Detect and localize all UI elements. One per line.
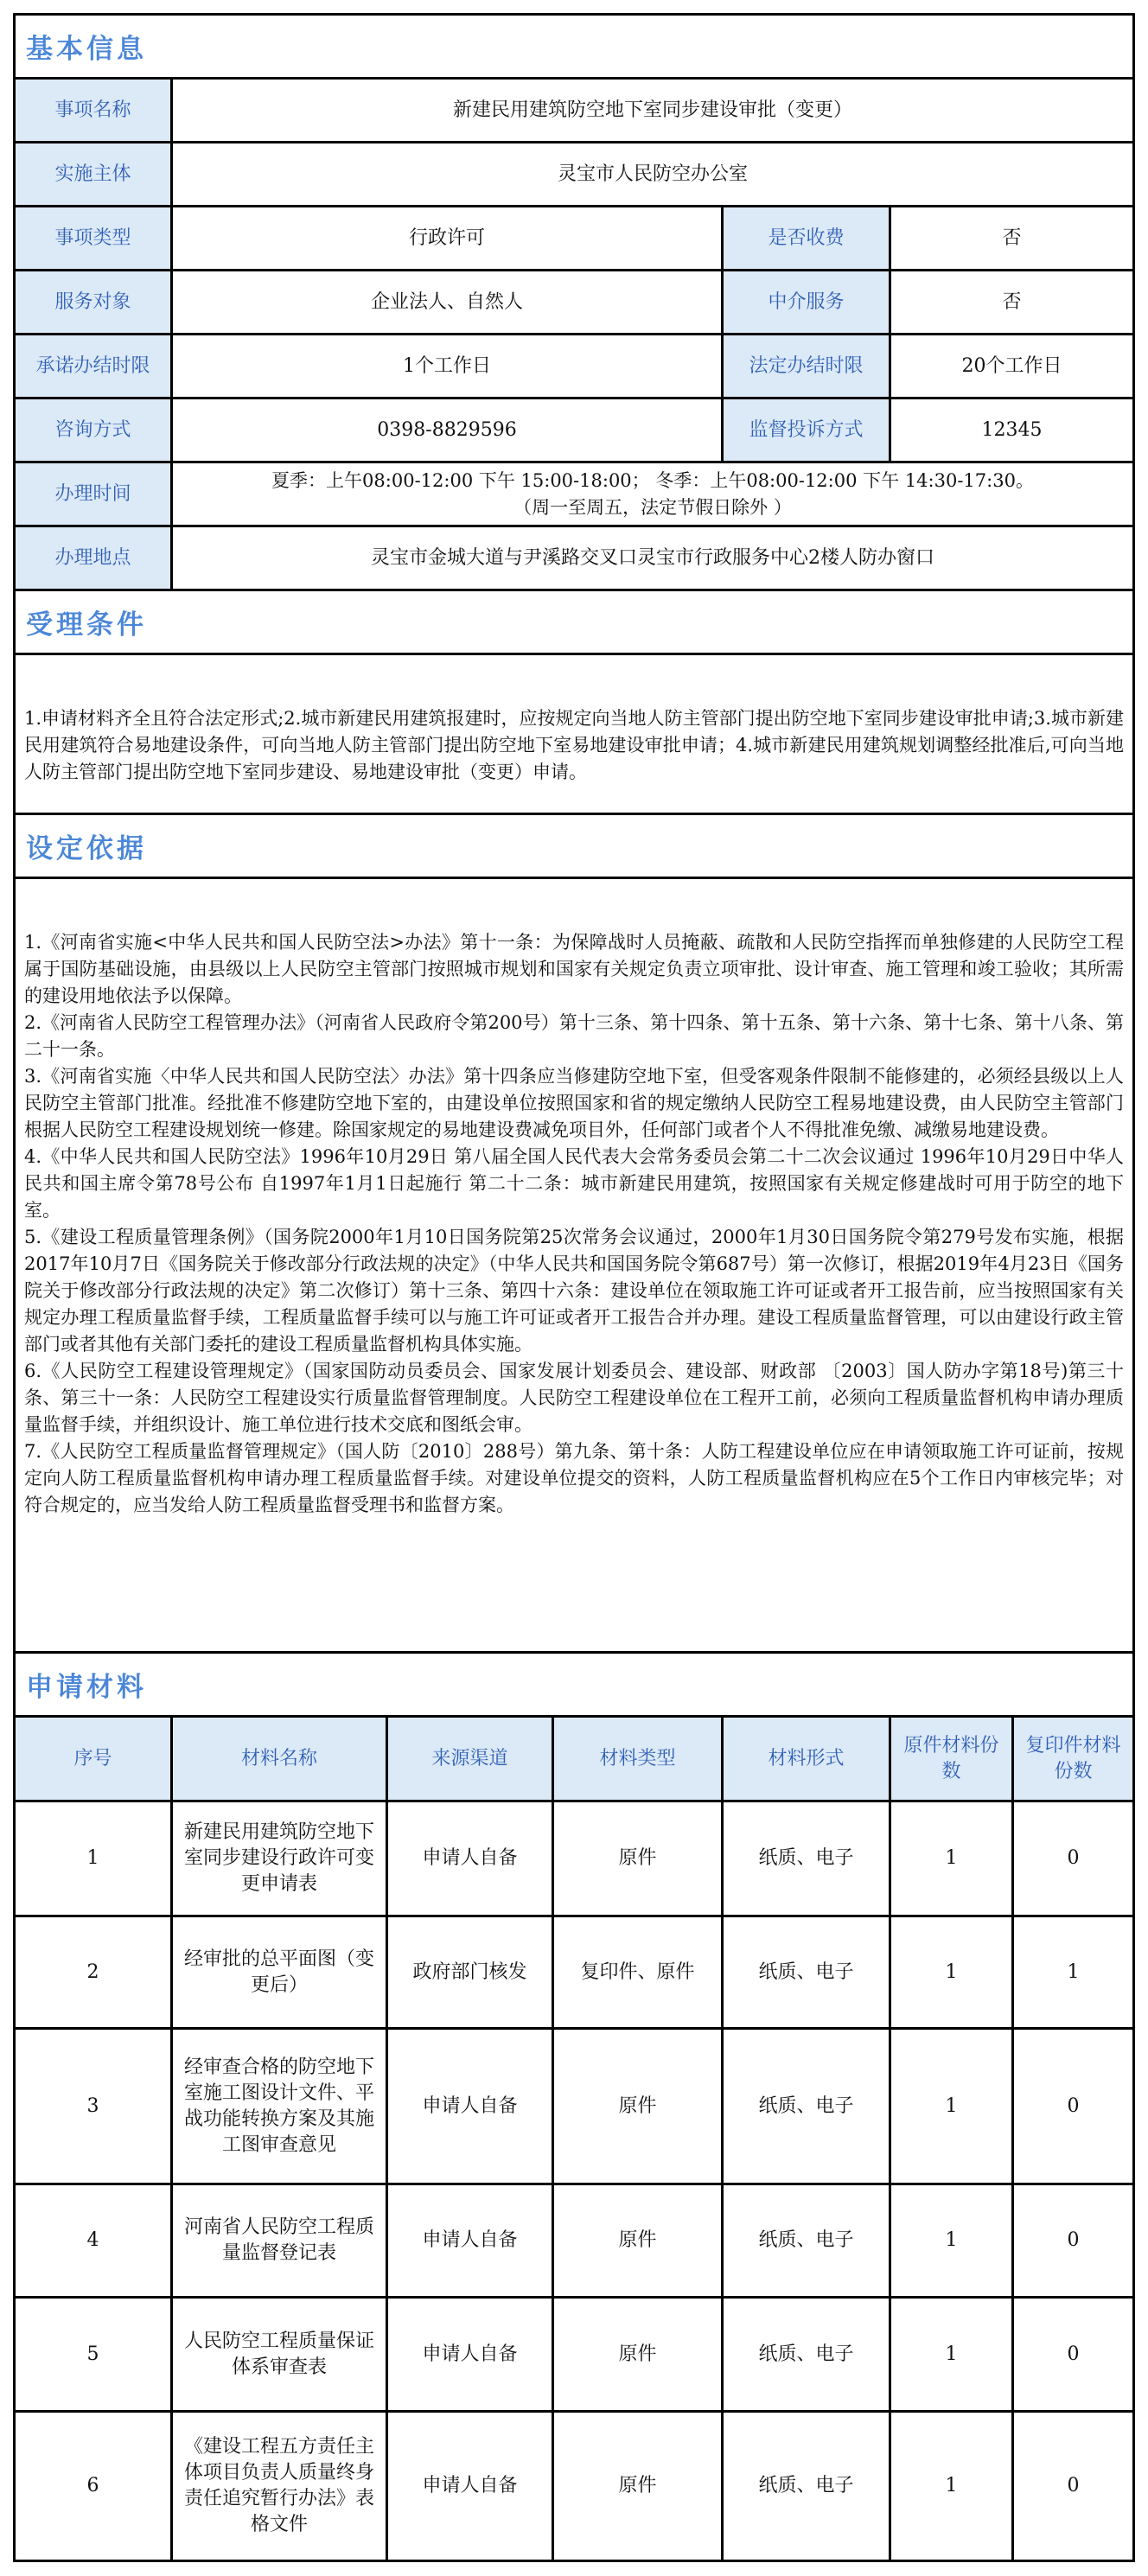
cell-original-count: 1 bbox=[891, 1917, 1014, 2027]
col-header-name: 材料名称 bbox=[173, 1718, 388, 1800]
label-consult: 咨询方式 bbox=[16, 399, 173, 461]
section-title: 基本信息 bbox=[26, 27, 147, 66]
cell-no: 1 bbox=[16, 1802, 173, 1915]
basis-list: 1.《河南省实施<中华人民共和国人民防空法>办法》第十一条：为保障战时人员掩蔽、… bbox=[16, 879, 1132, 1654]
value-complaint-phone: 12345 bbox=[891, 399, 1132, 461]
table-row: 5 人民防空工程质量保证体系审查表 申请人自备 原件 纸质、电子 1 0 bbox=[16, 2299, 1132, 2413]
col-header-form: 材料形式 bbox=[724, 1718, 891, 1800]
cell-source: 申请人自备 bbox=[388, 2299, 554, 2410]
cell-copy-count: 0 bbox=[1014, 2299, 1132, 2410]
col-header-source: 来源渠道 bbox=[388, 1718, 554, 1800]
row-location: 办理地点 灵宝市金城大道与尹溪路交叉口灵宝市行政服务中心2楼人防办窗口 bbox=[16, 527, 1132, 591]
materials-table: 序号 材料名称 来源渠道 材料类型 材料形式 原件材料份数 复印件材料份数 1 … bbox=[16, 1718, 1132, 2562]
row-implementer: 实施主体 灵宝市人民防空办公室 bbox=[16, 143, 1132, 207]
value-item-type: 行政许可 bbox=[173, 207, 724, 269]
value-service-target: 企业法人、自然人 bbox=[173, 271, 724, 333]
cell-original-count: 1 bbox=[891, 1802, 1014, 1915]
label-charge: 是否收费 bbox=[724, 207, 891, 269]
cell-type: 原件 bbox=[554, 2185, 724, 2296]
row-item-type: 事项类型 行政许可 是否收费 否 bbox=[16, 207, 1132, 271]
cell-form: 纸质、电子 bbox=[724, 1802, 891, 1915]
basis-item: 1.《河南省实施<中华人民共和国人民防空法>办法》第十一条：为保障战时人员掩蔽、… bbox=[24, 929, 1124, 1010]
cell-name: 经审批的总平面图（变更后） bbox=[173, 1917, 388, 2027]
table-row: 1 新建民用建筑防空地下室同步建设行政许可变更申请表 申请人自备 原件 纸质、电… bbox=[16, 1802, 1132, 1917]
row-service-target: 服务对象 企业法人、自然人 中介服务 否 bbox=[16, 271, 1132, 335]
cell-source: 申请人自备 bbox=[388, 2030, 554, 2183]
cell-type: 原件 bbox=[554, 1802, 724, 1915]
cell-source: 申请人自备 bbox=[388, 1802, 554, 1915]
cell-form: 纸质、电子 bbox=[724, 1917, 891, 2027]
section-title: 设定依据 bbox=[26, 826, 147, 865]
cell-original-count: 1 bbox=[891, 2185, 1014, 2296]
table-row: 3 经审查合格的防空地下室施工图设计文件、平战功能转换方案及其施工图审查意见 申… bbox=[16, 2030, 1132, 2185]
value-item-name: 新建民用建筑防空地下室同步建设审批（变更） bbox=[173, 80, 1132, 141]
cell-name: 河南省人民防空工程质量监督登记表 bbox=[173, 2185, 388, 2296]
section-title: 申请材料 bbox=[26, 1665, 147, 1704]
basis-item: 3.《河南省实施〈中华人民共和国人民防空法〉办法》第十四条应当修建防空地下室，但… bbox=[24, 1063, 1124, 1144]
section-materials: 申请材料 bbox=[16, 1654, 1132, 1718]
cell-source: 政府部门核发 bbox=[388, 1917, 554, 2027]
value-intermediary: 否 bbox=[891, 271, 1132, 333]
cell-original-count: 1 bbox=[891, 2413, 1014, 2560]
cell-copy-count: 0 bbox=[1014, 2413, 1132, 2560]
table-row: 4 河南省人民防空工程质量监督登记表 申请人自备 原件 纸质、电子 1 0 bbox=[16, 2185, 1132, 2299]
label-item-name: 事项名称 bbox=[16, 80, 173, 141]
basis-item: 6.《人民防空工程建设管理规定》（国家国防动员委员会、国家发展计划委员会、建设部… bbox=[24, 1358, 1124, 1438]
hours-line-2: （周一至周五，法定节假日除外 ） bbox=[513, 494, 792, 520]
value-location: 灵宝市金城大道与尹溪路交叉口灵宝市行政服务中心2楼人防办窗口 bbox=[173, 527, 1132, 589]
col-header-original-count: 原件材料份数 bbox=[891, 1718, 1014, 1800]
cell-original-count: 1 bbox=[891, 2299, 1014, 2410]
value-consult-phone: 0398-8829596 bbox=[173, 399, 724, 461]
row-hours: 办理时间 夏季：上午08:00-12:00 下午 15:00-18:00； 冬季… bbox=[16, 463, 1132, 527]
cell-copy-count: 0 bbox=[1014, 2030, 1132, 2183]
section-basic-info: 基本信息 bbox=[16, 16, 1132, 80]
col-header-copy-count: 复印件材料份数 bbox=[1014, 1718, 1132, 1800]
cell-source: 申请人自备 bbox=[388, 2185, 554, 2296]
col-header-no: 序号 bbox=[16, 1718, 173, 1800]
label-legal-limit: 法定办结时限 bbox=[724, 335, 891, 397]
cell-copy-count: 1 bbox=[1014, 1917, 1132, 2027]
cell-copy-count: 0 bbox=[1014, 2185, 1132, 2296]
cell-source: 申请人自备 bbox=[388, 2413, 554, 2560]
table-header-row: 序号 材料名称 来源渠道 材料类型 材料形式 原件材料份数 复印件材料份数 bbox=[16, 1718, 1132, 1802]
cell-no: 5 bbox=[16, 2299, 173, 2410]
basis-item: 5.《建设工程质量管理条例》（国务院2000年1月10日国务院第25次常务会议通… bbox=[24, 1224, 1124, 1358]
cell-name: 新建民用建筑防空地下室同步建设行政许可变更申请表 bbox=[173, 1802, 388, 1915]
cell-name: 《建设工程五方责任主体项目负责人质量终身责任追究暂行办法》表格文件 bbox=[173, 2413, 388, 2560]
row-item-name: 事项名称 新建民用建筑防空地下室同步建设审批（变更） bbox=[16, 80, 1132, 143]
value-promised-limit: 1个工作日 bbox=[173, 335, 724, 397]
cell-type: 原件 bbox=[554, 2299, 724, 2410]
value-implementer: 灵宝市人民防空办公室 bbox=[173, 143, 1132, 205]
basic-info-table: 事项名称 新建民用建筑防空地下室同步建设审批（变更） 实施主体 灵宝市人民防空办… bbox=[16, 80, 1132, 591]
label-service-target: 服务对象 bbox=[16, 271, 173, 333]
basis-item: 4.《中华人民共和国人民防空法》1996年10月29日 第八届全国人民代表大会常… bbox=[24, 1144, 1124, 1224]
col-header-type: 材料类型 bbox=[554, 1718, 724, 1800]
cell-type: 复印件、原件 bbox=[554, 1917, 724, 2027]
label-implementer: 实施主体 bbox=[16, 143, 173, 205]
cell-no: 3 bbox=[16, 2030, 173, 2183]
table-row: 6 《建设工程五方责任主体项目负责人质量终身责任追究暂行办法》表格文件 申请人自… bbox=[16, 2413, 1132, 2562]
cell-form: 纸质、电子 bbox=[724, 2185, 891, 2296]
cell-no: 2 bbox=[16, 1917, 173, 2027]
row-time-limit: 承诺办结时限 1个工作日 法定办结时限 20个工作日 bbox=[16, 335, 1132, 399]
service-item-sheet: 基本信息 事项名称 新建民用建筑防空地下室同步建设审批（变更） 实施主体 灵宝市… bbox=[13, 13, 1135, 2562]
row-contact: 咨询方式 0398-8829596 监督投诉方式 12345 bbox=[16, 399, 1132, 463]
label-location: 办理地点 bbox=[16, 527, 173, 589]
value-hours: 夏季：上午08:00-12:00 下午 15:00-18:00； 冬季：上午08… bbox=[173, 463, 1132, 525]
cell-type: 原件 bbox=[554, 2030, 724, 2183]
section-conditions: 受理条件 bbox=[16, 591, 1132, 655]
cell-no: 6 bbox=[16, 2413, 173, 2560]
cell-name: 经审查合格的防空地下室施工图设计文件、平战功能转换方案及其施工图审查意见 bbox=[173, 2030, 388, 2183]
label-intermediary: 中介服务 bbox=[724, 271, 891, 333]
cell-form: 纸质、电子 bbox=[724, 2299, 891, 2410]
section-title: 受理条件 bbox=[26, 603, 147, 641]
label-item-type: 事项类型 bbox=[16, 207, 173, 269]
basis-item: 2.《河南省人民防空工程管理办法》（河南省人民政府令第200号）第十三条、第十四… bbox=[24, 1010, 1124, 1063]
cell-form: 纸质、电子 bbox=[724, 2413, 891, 2560]
cell-no: 4 bbox=[16, 2185, 173, 2296]
label-complaint: 监督投诉方式 bbox=[724, 399, 891, 461]
cell-copy-count: 0 bbox=[1014, 1802, 1132, 1915]
basis-item: 7.《人民防空工程质量监督管理规定》（国人防〔2010〕288号）第九条、第十条… bbox=[24, 1438, 1124, 1519]
label-hours: 办理时间 bbox=[16, 463, 173, 525]
cell-type: 原件 bbox=[554, 2413, 724, 2560]
label-promised-limit: 承诺办结时限 bbox=[16, 335, 173, 397]
cell-name: 人民防空工程质量保证体系审查表 bbox=[173, 2299, 388, 2410]
cell-form: 纸质、电子 bbox=[724, 2030, 891, 2183]
hours-line-1: 夏季：上午08:00-12:00 下午 15:00-18:00； 冬季：上午08… bbox=[271, 468, 1034, 494]
conditions-text: 1.申请材料齐全且符合法定形式;2.城市新建民用建筑报建时，应按规定向当地人防主… bbox=[16, 655, 1132, 815]
section-basis: 设定依据 bbox=[16, 815, 1132, 879]
cell-original-count: 1 bbox=[891, 2030, 1014, 2183]
table-row: 2 经审批的总平面图（变更后） 政府部门核发 复印件、原件 纸质、电子 1 1 bbox=[16, 1917, 1132, 2030]
value-charge: 否 bbox=[891, 207, 1132, 269]
value-legal-limit: 20个工作日 bbox=[891, 335, 1132, 397]
